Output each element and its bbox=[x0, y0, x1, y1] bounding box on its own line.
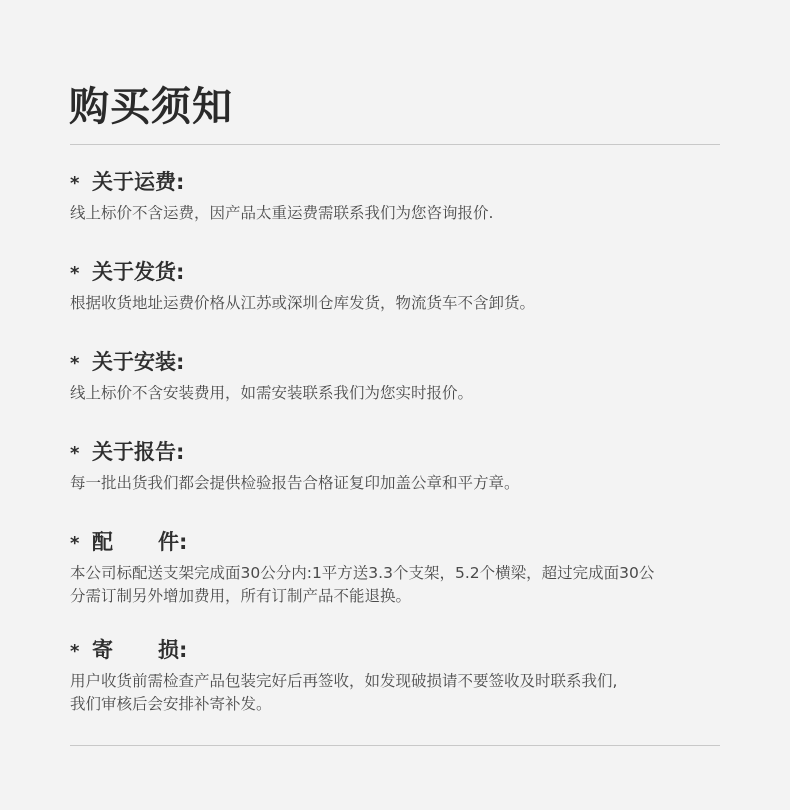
star-bullet-icon: * bbox=[70, 530, 92, 558]
section-body: 每一批出货我们都会提供检验报告合格证复印加盖公章和平方章。 bbox=[70, 472, 730, 495]
section-body: 线上标价不含安装费用，如需安装联系我们为您实时报价。 bbox=[70, 382, 730, 405]
heading-label: 关于发货: bbox=[92, 258, 184, 286]
section-damage: * 寄 损: 用户收货前需检查产品包装完好后再签收，如发现破损请不要签收及时联系… bbox=[70, 636, 730, 716]
title-divider bbox=[70, 144, 720, 145]
heading-label: 关于报告: bbox=[92, 438, 184, 466]
body-line: 分需订制另外增加费用，所有订制产品不能退换。 bbox=[70, 585, 730, 608]
section-heading: * 关于安装: bbox=[70, 348, 730, 376]
body-line: 线上标价不含安装费用，如需安装联系我们为您实时报价。 bbox=[70, 382, 730, 405]
section-report: * 关于报告: 每一批出货我们都会提供检验报告合格证复印加盖公章和平方章。 bbox=[70, 438, 730, 495]
star-bullet-icon: * bbox=[70, 170, 92, 198]
body-line: 每一批出货我们都会提供检验报告合格证复印加盖公章和平方章。 bbox=[70, 472, 730, 495]
heading-label-first: 配 bbox=[92, 528, 113, 556]
section-heading: * 配 件: bbox=[70, 528, 730, 556]
body-line: 本公司标配送支架完成面30公分内:1平方送3.3个支架，5.2个横梁，超过完成面… bbox=[70, 562, 730, 585]
body-line: 根据收货地址运费价格从江苏或深圳仓库发货，物流货车不含卸货。 bbox=[70, 292, 730, 315]
heading-label-second: 件: bbox=[158, 528, 187, 556]
section-body: 线上标价不含运费，因产品太重运费需联系我们为您咨询报价. bbox=[70, 202, 730, 225]
star-bullet-icon: * bbox=[70, 350, 92, 378]
section-shipping-fee: * 关于运费: 线上标价不含运费，因产品太重运费需联系我们为您咨询报价. bbox=[70, 168, 730, 225]
heading-label-first: 寄 bbox=[92, 636, 113, 664]
section-body: 根据收货地址运费价格从江苏或深圳仓库发货，物流货车不含卸货。 bbox=[70, 292, 730, 315]
star-bullet-icon: * bbox=[70, 440, 92, 468]
body-line: 我们审核后会安排补寄补发。 bbox=[70, 693, 730, 716]
section-heading: * 寄 损: bbox=[70, 636, 730, 664]
heading-label: 关于运费: bbox=[92, 168, 184, 196]
section-body: 用户收货前需检查产品包装完好后再签收，如发现破损请不要签收及时联系我们, 我们审… bbox=[70, 670, 730, 716]
section-heading: * 关于发货: bbox=[70, 258, 730, 286]
section-accessories: * 配 件: 本公司标配送支架完成面30公分内:1平方送3.3个支架，5.2个横… bbox=[70, 528, 730, 608]
section-delivery: * 关于发货: 根据收货地址运费价格从江苏或深圳仓库发货，物流货车不含卸货。 bbox=[70, 258, 730, 315]
section-heading: * 关于运费: bbox=[70, 168, 730, 196]
section-body: 本公司标配送支架完成面30公分内:1平方送3.3个支架，5.2个横梁，超过完成面… bbox=[70, 562, 730, 608]
section-installation: * 关于安装: 线上标价不含安装费用，如需安装联系我们为您实时报价。 bbox=[70, 348, 730, 405]
body-line: 用户收货前需检查产品包装完好后再签收，如发现破损请不要签收及时联系我们, bbox=[70, 670, 730, 693]
star-bullet-icon: * bbox=[70, 638, 92, 666]
heading-label: 关于安装: bbox=[92, 348, 184, 376]
star-bullet-icon: * bbox=[70, 260, 92, 288]
page-title: 购买须知 bbox=[69, 82, 233, 132]
section-heading: * 关于报告: bbox=[70, 438, 730, 466]
heading-label-second: 损: bbox=[158, 636, 187, 664]
body-line: 线上标价不含运费，因产品太重运费需联系我们为您咨询报价. bbox=[70, 202, 730, 225]
bottom-divider bbox=[70, 745, 720, 746]
